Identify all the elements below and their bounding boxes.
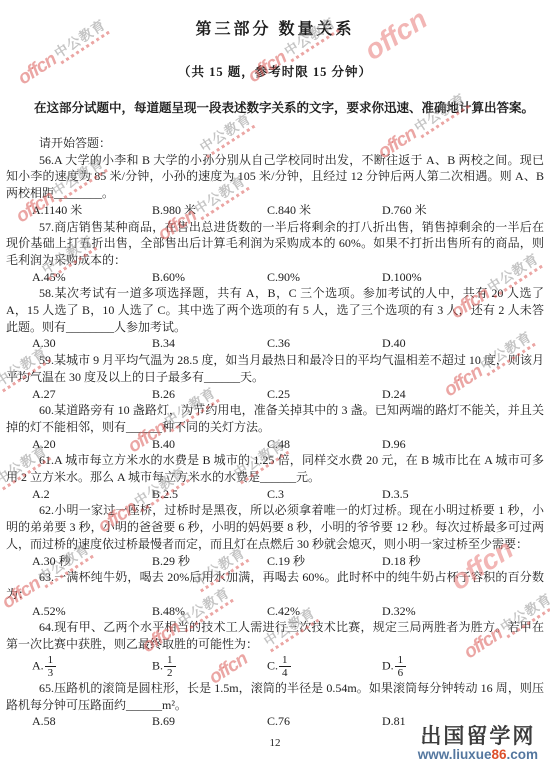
question-options: A.52% B.48% C.42% D.32% — [6, 603, 544, 620]
option-b: B.69 — [152, 713, 267, 730]
page-title: 第三部分 数量关系 — [6, 16, 544, 39]
option-b: B.2.5 — [152, 486, 267, 503]
question-text: 63.一满杯纯牛奶，喝去 20%后用水加满，再喝去 60%。此时杯中的纯牛奶占杯… — [6, 569, 544, 602]
question-60: 60.某道路旁有 10 盏路灯，为节约用电，准备关掉其中的 3 盏。已知两端的路… — [6, 402, 544, 452]
option-d: D.40 — [382, 335, 544, 352]
option-c: C.76 — [267, 713, 382, 730]
section-instruction: 在这部分试题中，每道题呈现一段表述数字关系的文字，要求你迅速、准确地计算出答案。 — [6, 101, 544, 116]
question-options: A.45% B.60% C.90% D.100% — [6, 269, 544, 286]
question-text: 56.A 大学的小李和 B 大学的小孙分别从自己学校同时出发，不断往返于 A、B… — [6, 152, 544, 202]
option-c: C.48 — [267, 436, 382, 453]
option-a: A.58 — [32, 713, 152, 730]
option-a: A.45% — [32, 269, 152, 286]
question-56: 56.A 大学的小李和 B 大学的小孙分别从自己学校同时出发，不断往返于 A、B… — [6, 152, 544, 219]
question-options: A.27 B.26 C.25 D.24 — [6, 386, 544, 403]
option-label: A. — [32, 658, 44, 672]
question-58: 58.某次考试有一道多项选择题，共有 A，B，C 三个选项。参加考试的人中，共有… — [6, 285, 544, 352]
question-options: A.30 B.34 C.36 D.40 — [6, 335, 544, 352]
question-options: A.13 B.12 C.14 D.16 — [6, 653, 544, 680]
option-label: C. — [267, 658, 278, 672]
question-options: A.20 B.40 C.48 D.96 — [6, 436, 544, 453]
fraction: 13 — [45, 654, 57, 679]
fraction: 12 — [164, 654, 176, 679]
option-d: D.100% — [382, 269, 544, 286]
option-b: B.60% — [152, 269, 267, 286]
question-text: 65.压路机的滚筒是圆柱形，长是 1.5m，滚筒的半径是 0.54m。如果滚筒每… — [6, 680, 544, 713]
option-c: C.840 米 — [267, 202, 382, 219]
option-a: A.30 — [32, 335, 152, 352]
option-a: A.27 — [32, 386, 152, 403]
option-d: D.3.5 — [382, 486, 544, 503]
option-a: A.20 — [32, 436, 152, 453]
option-d: D.760 米 — [382, 202, 544, 219]
option-a: A.13 — [32, 654, 152, 679]
exam-page: 第三部分 数量关系 （共 15 题，参考时限 15 分钟） 在这部分试题中，每道… — [0, 0, 550, 767]
question-options: A.1140 米 B.980 米 C.840 米 D.760 米 — [6, 202, 544, 219]
question-text: 62.小明一家过一座桥，过桥时是黑夜，所以必须拿着唯一的灯过桥。现在小明过桥要 … — [6, 502, 544, 552]
option-c: C.19 秒 — [267, 553, 382, 570]
question-options: A.2 B.2.5 C.3 D.3.5 — [6, 486, 544, 503]
question-62: 62.小明一家过一座桥，过桥时是黑夜，所以必须拿着唯一的灯过桥。现在小明过桥要 … — [6, 502, 544, 569]
option-c: C.90% — [267, 269, 382, 286]
question-64: 64.现有甲、乙两个水平相当的技术工人需进行三次技术比赛，规定三局两胜者为胜方。… — [6, 619, 544, 679]
option-d: D.96 — [382, 436, 544, 453]
question-text: 64.现有甲、乙两个水平相当的技术工人需进行三次技术比赛，规定三局两胜者为胜方。… — [6, 619, 544, 652]
option-b: B.40 — [152, 436, 267, 453]
question-text: 59.某城市 9 月平均气温为 28.5 度，如当月最热日和最冷日的平均气温相差… — [6, 352, 544, 385]
option-b: B.34 — [152, 335, 267, 352]
option-b: B.12 — [152, 654, 267, 679]
question-59: 59.某城市 9 月平均气温为 28.5 度，如当月最热日和最冷日的平均气温相差… — [6, 352, 544, 402]
option-a: A.52% — [32, 603, 152, 620]
option-b: B.26 — [152, 386, 267, 403]
fraction: 14 — [279, 654, 291, 679]
option-a: A.1140 米 — [32, 202, 152, 219]
option-c: C.42% — [267, 603, 382, 620]
option-b: B.29 秒 — [152, 553, 267, 570]
question-text: 61.A 城市每立方米水的水费是 B 城市的 1.25 倍，同样交水费 20 元… — [6, 452, 544, 485]
option-d: D.18 秒 — [382, 553, 544, 570]
site-logo-url: www.liuxue86.com — [418, 748, 538, 762]
option-c: C.3 — [267, 486, 382, 503]
question-text: 57.商店销售某种商品，在售出总进货数的一半后将剩余的打八折出售，销售掉剩余的一… — [6, 219, 544, 269]
site-logo: 出国留学网 www.liuxue86.com — [418, 726, 538, 762]
option-c: C.36 — [267, 335, 382, 352]
question-65: 65.压路机的滚筒是圆柱形，长是 1.5m，滚筒的半径是 0.54m。如果滚筒每… — [6, 680, 544, 730]
option-a: A.30 秒 — [32, 553, 152, 570]
question-61: 61.A 城市每立方米水的水费是 B 城市的 1.25 倍，同样交水费 20 元… — [6, 452, 544, 502]
option-c: C.14 — [267, 654, 382, 679]
option-label: B. — [152, 658, 163, 672]
question-57: 57.商店销售某种商品，在售出总进货数的一半后将剩余的打八折出售，销售掉剩余的一… — [6, 219, 544, 286]
option-d: D.16 — [382, 654, 544, 679]
option-d: D.24 — [382, 386, 544, 403]
option-d: D.32% — [382, 603, 544, 620]
fraction: 16 — [395, 654, 407, 679]
option-a: A.2 — [32, 486, 152, 503]
question-63: 63.一满杯纯牛奶，喝去 20%后用水加满，再喝去 60%。此时杯中的纯牛奶占杯… — [6, 569, 544, 619]
question-options: A.30 秒 B.29 秒 C.19 秒 D.18 秒 — [6, 553, 544, 570]
option-b: B.48% — [152, 603, 267, 620]
page-subtitle: （共 15 题，参考时限 15 分钟） — [6, 62, 544, 80]
option-c: C.25 — [267, 386, 382, 403]
begin-prompt: 请开始答题： — [6, 135, 544, 152]
option-b: B.980 米 — [152, 202, 267, 219]
question-text: 58.某次考试有一道多项选择题，共有 A，B，C 三个选项。参加考试的人中，共有… — [6, 285, 544, 335]
question-text: 60.某道路旁有 10 盏路灯，为节约用电，准备关掉其中的 3 盏。已知两端的路… — [6, 402, 544, 435]
site-logo-name: 出国留学网 — [418, 726, 538, 748]
option-label: D. — [382, 658, 394, 672]
